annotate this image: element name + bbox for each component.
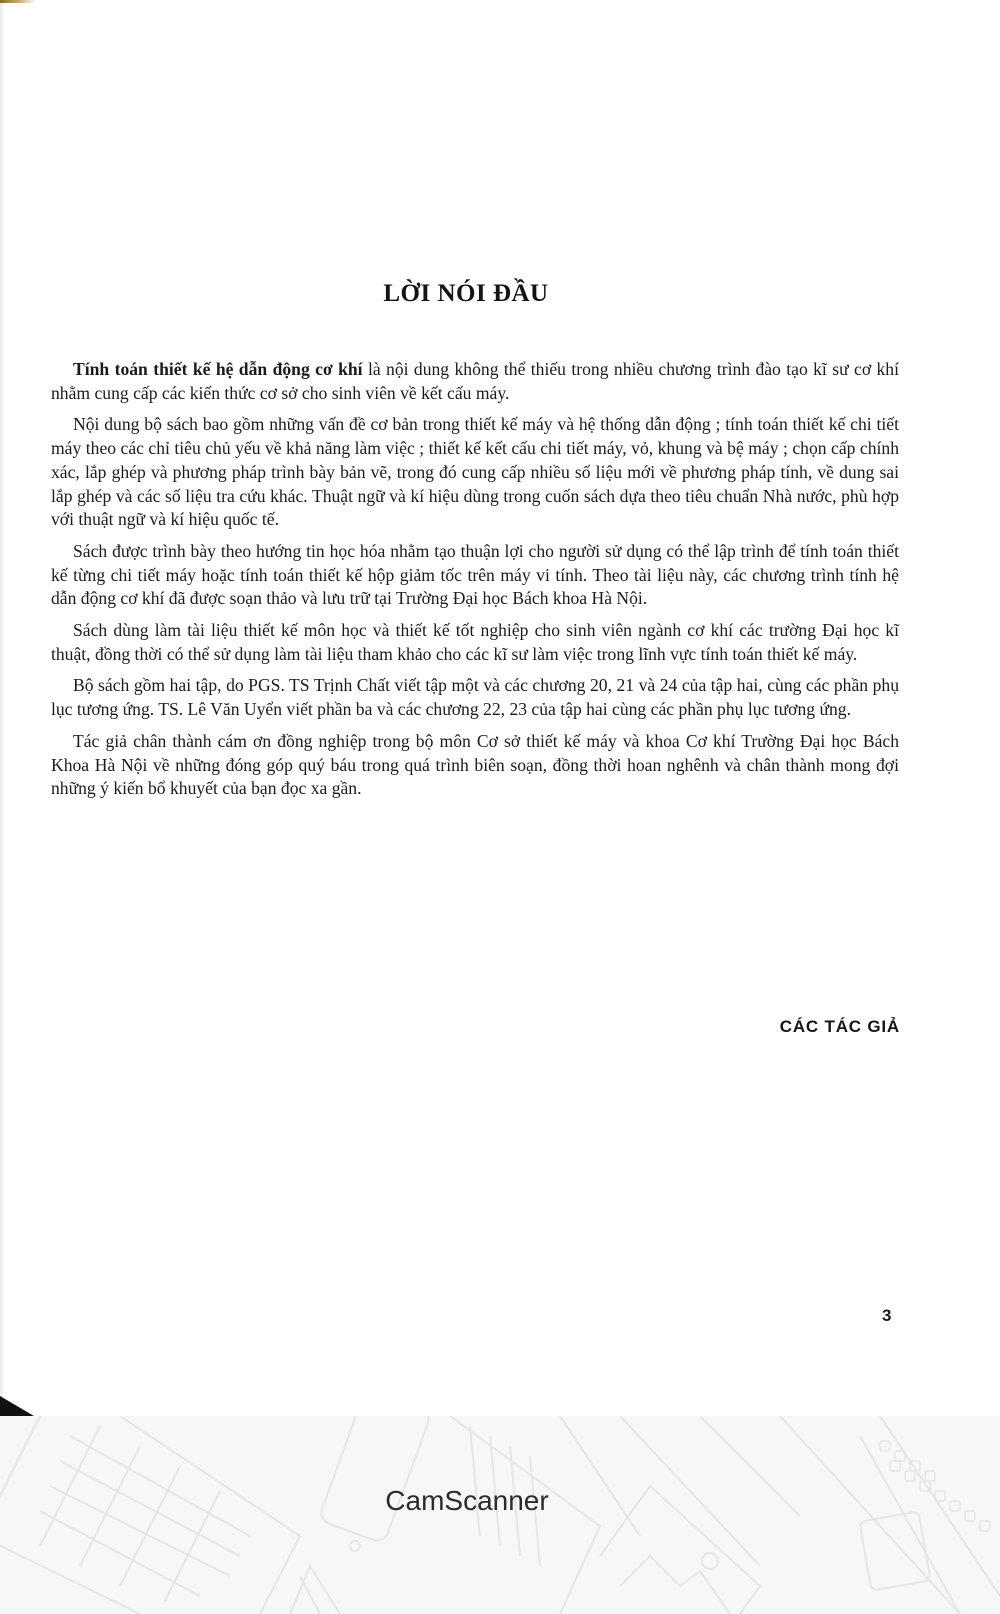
camscanner-footer: CamScanner [0,1416,1000,1614]
page-corner-artifact [0,0,36,3]
paragraph-text: Bộ sách gồm hai tập, do PGS. TS Trịnh Ch… [51,675,899,719]
preface-body: Tính toán thiết kế hệ dẫn động cơ khí là… [51,358,899,809]
paragraph-text: Sách được trình bày theo hướng tin học h… [51,541,899,608]
page-edge-shadow [0,0,4,1416]
paragraph: Sách dùng làm tài liệu thiết kế môn học … [51,619,899,666]
camscanner-brand: CamScanner [0,1485,934,1517]
page-corner-shadow [0,1396,34,1416]
paragraph-lead: Tính toán thiết kế hệ dẫn động cơ khí [73,359,363,379]
phone-illustration-icon [318,1416,432,1551]
page-number: 3 [882,1306,891,1326]
paragraph-text: Nội dung bộ sách bao gồm những vấn đề cơ… [51,414,899,529]
scanned-page: LỜI NÓI ĐẦU Tính toán thiết kế hệ dẫn độ… [0,0,1000,1416]
author-signature: CÁC TÁC GIẢ [780,1017,900,1037]
paragraph: Nội dung bộ sách bao gồm những vấn đề cơ… [51,413,899,532]
paragraph-text: Sách dùng làm tài liệu thiết kế môn học … [51,620,899,664]
page-title: LỜI NÓI ĐẦU [0,280,932,308]
paragraph-text: Tác giả chân thành cám ơn đồng nghiệp tr… [51,731,899,798]
paragraph: Tác giả chân thành cám ơn đồng nghiệp tr… [51,730,899,801]
paragraph: Tính toán thiết kế hệ dẫn động cơ khí là… [51,358,899,405]
paragraph: Bộ sách gồm hai tập, do PGS. TS Trịnh Ch… [51,674,899,721]
paragraph: Sách được trình bày theo hướng tin học h… [51,540,899,611]
